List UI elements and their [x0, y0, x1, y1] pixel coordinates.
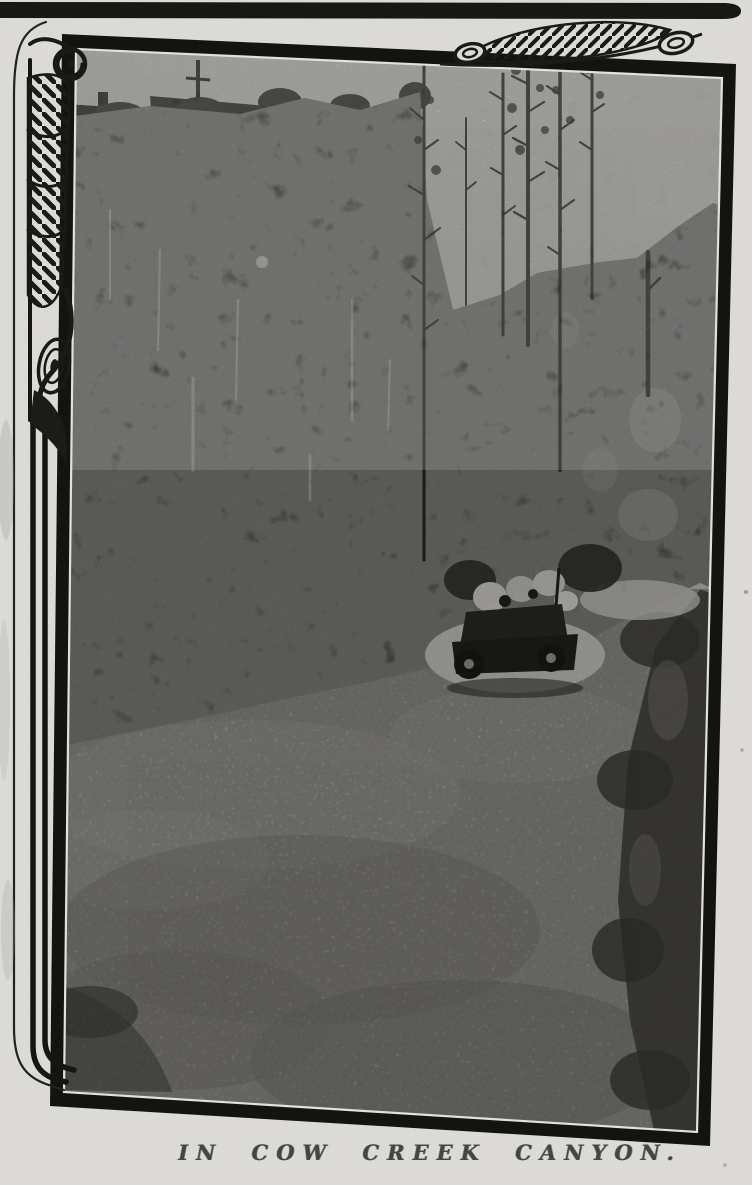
newspaper-page: IN COW CREEK CANYON. — [0, 0, 752, 1185]
photo-caption: IN COW CREEK CANYON. — [130, 1140, 730, 1165]
page-graphic — [0, 0, 752, 1185]
paper-grain — [0, 0, 752, 1185]
